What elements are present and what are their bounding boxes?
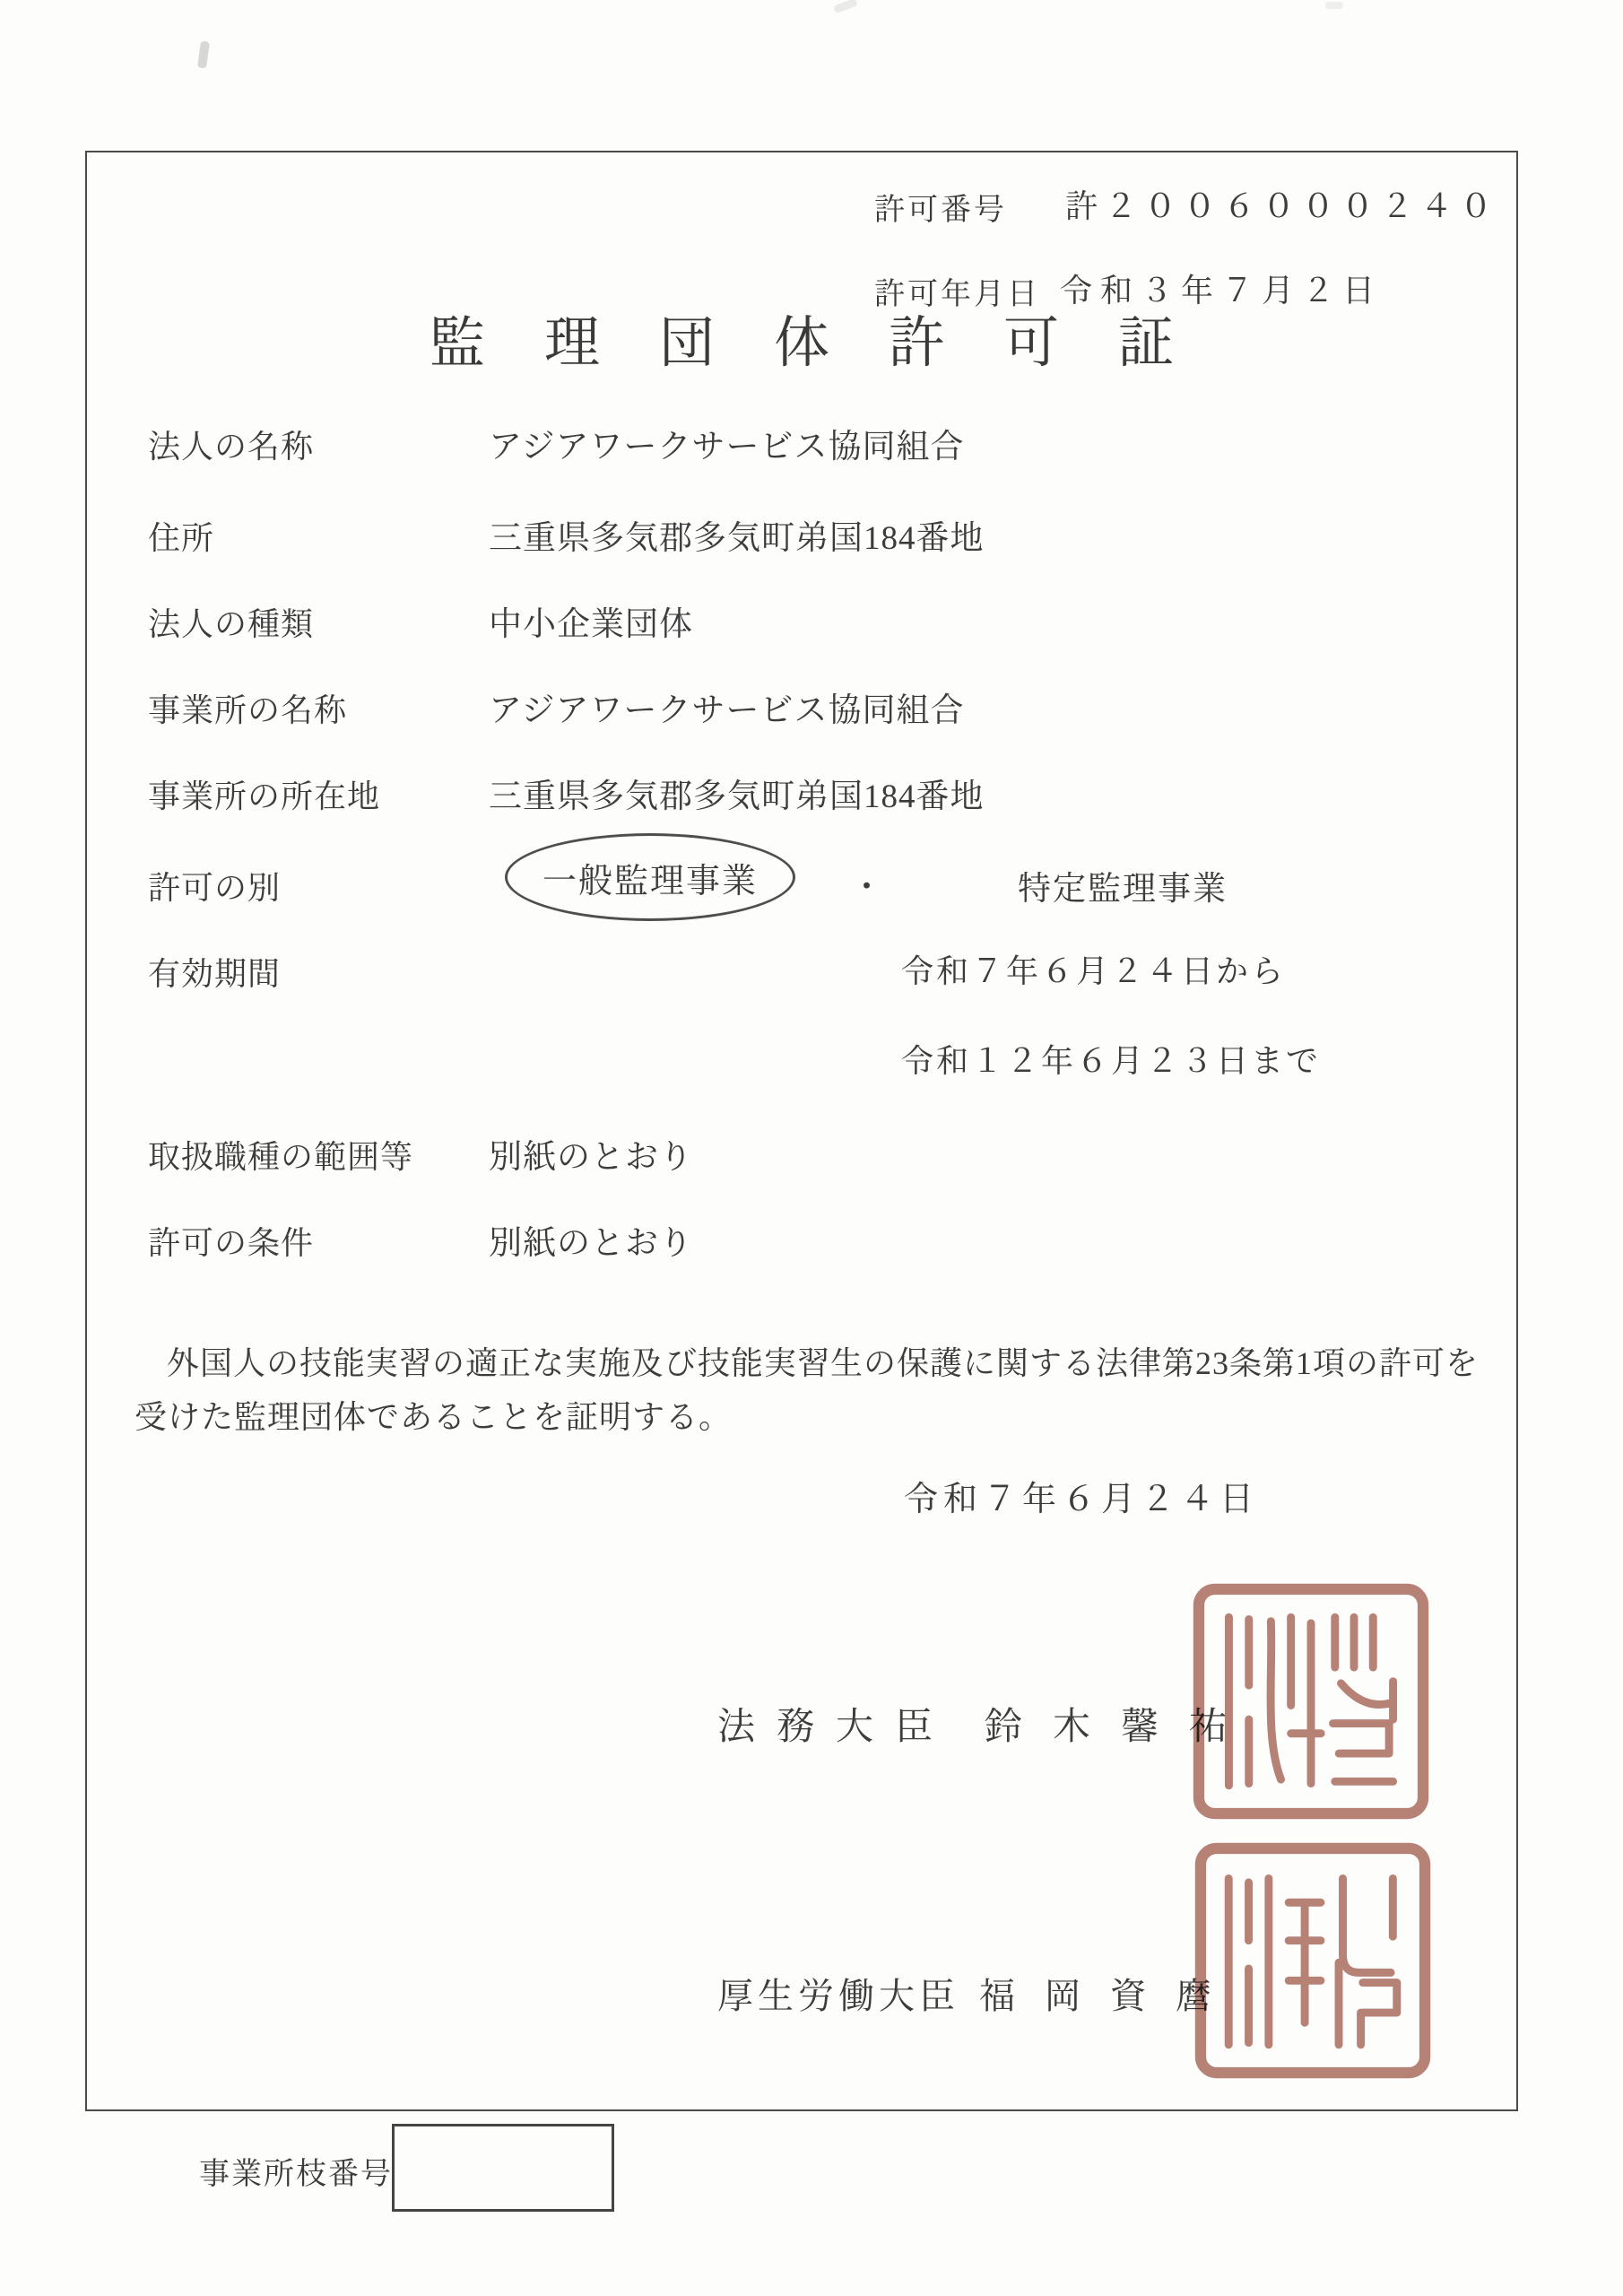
minister-of-health-title: 厚生労働大臣	[717, 1968, 959, 2019]
branch-number-box	[392, 2124, 614, 2212]
validity-to: 令和１２年６月２３日まで	[901, 1036, 1321, 1082]
field-value-office-name: アジアワークサービス協同組合	[489, 683, 965, 731]
certificate-page: 許可番号 許２００６０００２４０ 許可年月日 令和３年７月２日 監理団体許可証 …	[0, 0, 1623, 2296]
certification-statement: 外国人の技能実習の適正な実施及び技能実習生の保護に関する法律第23条第1項の許可…	[135, 1336, 1484, 1444]
field-label-office-name: 事業所の名称	[148, 685, 347, 731]
minister-of-justice-seal	[1191, 1581, 1431, 1822]
permit-type-other: 特定監理事業	[1018, 861, 1228, 909]
minister-of-justice-title: 法務大臣	[717, 1697, 954, 1751]
issue-date: 令和７年６月２４日	[904, 1471, 1259, 1520]
permit-number-value: 許２００６０００２４０	[1065, 181, 1499, 227]
field-label-address: 住所	[148, 513, 214, 559]
field-value-address: 三重県多気郡多気町弟国184番地	[489, 510, 985, 559]
field-label-corporation-type: 法人の種類	[148, 599, 314, 645]
field-value-office-location: 三重県多気郡多気町弟国184番地	[489, 769, 985, 817]
field-value-job-scope: 別紙のとおり	[489, 1129, 693, 1178]
permit-type-separator-dot: ・	[850, 859, 884, 908]
field-label-job-scope: 取扱職種の範囲等	[148, 1132, 413, 1178]
validity-from: 令和７年６月２４日から	[901, 946, 1286, 992]
scan-artifact	[1325, 2, 1343, 9]
field-value-corporation-type: 中小企業団体	[489, 596, 693, 645]
field-value-corporation-name: アジアワークサービス協同組合	[489, 419, 965, 467]
scan-artifact	[833, 0, 858, 13]
selected-permit-type-circle: 一般監理事業	[505, 833, 795, 921]
field-value-permit-conditions: 別紙のとおり	[489, 1215, 693, 1264]
field-label-permit-type: 許可の別	[148, 863, 281, 909]
permit-number-label: 許可番号	[874, 185, 1007, 229]
branch-number-label: 事業所枝番号	[199, 2149, 393, 2193]
permit-type-selected: 一般監理事業	[542, 853, 758, 902]
seal-script-graphic	[1193, 1840, 1433, 2081]
minister-of-health-seal	[1193, 1840, 1433, 2081]
field-label-corporation-name: 法人の名称	[148, 422, 314, 467]
field-label-permit-conditions: 許可の条件	[148, 1218, 314, 1264]
seal-script-graphic	[1191, 1581, 1431, 1822]
scan-artifact	[197, 40, 210, 68]
field-label-validity: 有効期間	[148, 949, 281, 995]
field-label-office-location: 事業所の所在地	[148, 771, 380, 817]
certificate-title: 監理団体許可証	[115, 298, 1548, 378]
